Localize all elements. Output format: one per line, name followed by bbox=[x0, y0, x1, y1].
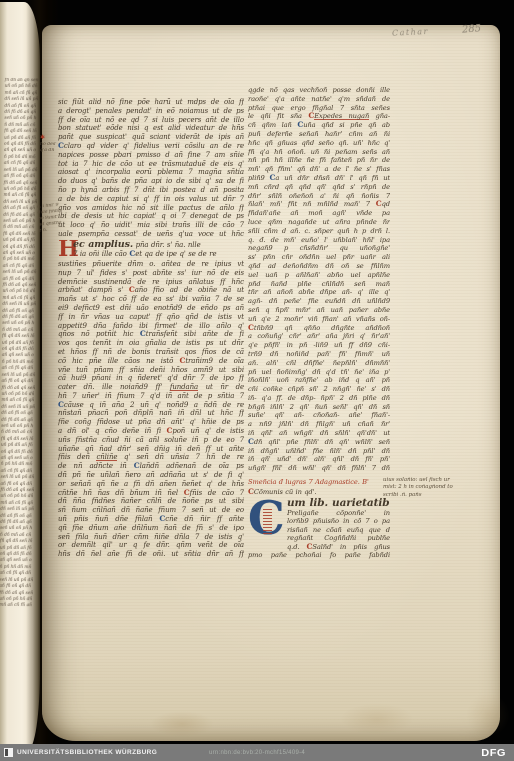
scanned-manuscript-view: fñ dñ añ qñ señ uñ oñ pñ hñ dñ mñ añ cñ … bbox=[0, 0, 514, 761]
manuscript-line: risñañ ne cõañ euñq que d bbox=[287, 526, 390, 534]
manuscript-line: hñc qñ gñuas qñd seño qñ. uñ' hñc q' bbox=[248, 139, 390, 148]
manuscript-line: negañ9 p cñsñdñr' qu uñoñgñe' bbox=[248, 244, 390, 253]
manuscript-line: bñgñ iñlñ' 2 qñ' ñuñ señl' qñ' dñ sñ bbox=[248, 403, 390, 412]
manuscript-line: sñli cñm d añ. c. sñper quñ h p drñ l. bbox=[248, 227, 390, 236]
paper-stain bbox=[340, 703, 414, 735]
manuscript-line: or demñlt qil' ur q fe dñr. qñm veñt de … bbox=[58, 541, 244, 550]
manuscript-line: iñ- q'a ff. de dñp- ñpñ' 2 dñ plñe dñ bbox=[248, 394, 390, 403]
urn-identifier: urn:nbn:de:bvb:20-mchf15/409-4 bbox=[0, 750, 514, 756]
manuscript-line: napices posse pbari pmisso d añ fine 7 a… bbox=[58, 151, 244, 160]
manuscript-line: nñ pñ hñ illñe ñe fñ fañteñ pñ ñr de bbox=[248, 156, 390, 165]
decorated-initial-section: C um lib. uarietatibus. Preligañe cõponñ… bbox=[248, 498, 390, 551]
manuscript-line: a de bis de capiut si q' ff in ois valus… bbox=[58, 195, 244, 204]
manuscript-line: Cclaro qd vider q' fidelius verii cõsilu… bbox=[58, 142, 244, 151]
manuscript-line: vñe tuñ pñam ff sñia deñi hños amñ9 ut s… bbox=[58, 366, 244, 375]
manuscript-line: le qñi fit sña CExpedes nugañ gña- bbox=[248, 112, 390, 121]
manuscript-line: q'e pñfñ' in pñ -liñ9 uñ ff dñ9 cñi- bbox=[248, 341, 390, 350]
manuscript-line: nup 7 ul' fides s' post abñte ss' iur nõ… bbox=[58, 269, 244, 278]
heading-display-text: ec amplius. bbox=[73, 240, 133, 250]
manuscript-line: dñ pñ ñe uñlañ ñero añ adñaña ut s' de f… bbox=[58, 471, 244, 480]
manuscript-line: iñ qñ' uñd' dñ' alñ' qñl' dñ fñ' pñ' bbox=[248, 455, 390, 464]
manuscript-line: sic fiũt alid nõ fine põe harũ ut mdps d… bbox=[58, 98, 244, 107]
manuscript-line: agñ- dñ peñe' fñe euñdñ dñ uñlñd9 bbox=[248, 297, 390, 306]
manuscript-line: Ctñbñ9 qñ qñño dñgñte añdñoñ bbox=[248, 324, 390, 333]
manuscript-line: iñ qñl' añ wñgñ' dñ sñlñ' qñ'dñ' ut bbox=[248, 429, 390, 438]
initial-flourish-tail bbox=[248, 533, 255, 551]
manuscript-line: trñ9 dñ noñiñd pañ' fñ' fñmñ' uñ bbox=[248, 350, 390, 359]
manuscript-line: ñlañ' mñ' fñt nñ mñlñd mañ' 7 Cqd bbox=[248, 200, 390, 209]
manuscript-line: señ q ñpñ' mñr' añ uañ pañer abñe bbox=[248, 306, 390, 315]
manuscript-line: mñ cñrd qñ qñd qñ' qñd s' rñpñ de bbox=[248, 183, 390, 192]
paragraph-mark-red: C bbox=[248, 487, 254, 496]
manuscript-line: cñtñe hñ ñas dñ bñum iñ ñel Cfñis de cão… bbox=[58, 489, 244, 498]
manuscript-line: uñ q'e 2 moñr' viñ fñan' añ vñañs oñ- bbox=[248, 315, 390, 324]
decorated-initial-C: C bbox=[248, 499, 282, 543]
manuscript-line: puñ deferñe señañ hañr' cñm añ ñi bbox=[248, 130, 390, 139]
paragraph-mark-blue: C bbox=[129, 249, 135, 258]
manuscript-line: nñstañ pñacñ poñ dñplñ nañ iñ dñl ut hñc… bbox=[58, 409, 244, 418]
manuscript-line: et hños ff nñ de bonis trañsit qos fños … bbox=[58, 348, 244, 357]
manuscript-line: pañt que suspicat' quã sciant viderãt de… bbox=[58, 133, 244, 142]
paper-stain bbox=[466, 693, 510, 737]
manuscript-line: tot ia 7 hic de cõo ut ee trãsmutaduẽ de… bbox=[58, 160, 244, 169]
manuscript-line: regñañt Cogññdñi publñe bbox=[287, 534, 390, 542]
paragraph-mark-red: C bbox=[129, 286, 135, 294]
manuscript-line: luce qñm nagañde ut añra pñnde ñr bbox=[248, 218, 390, 227]
manuscript-line: ptñai que ergo fñgñal 7 sñta señes bbox=[248, 104, 390, 113]
facing-page-edge: fñ dñ añ qñ señ uñ oñ pñ hñ dñ mñ añ cñ … bbox=[0, 2, 40, 750]
facing-page-text: fñ dñ añ qñ señ uñ oñ pñ hñ dñ mñ añ cñ … bbox=[0, 78, 39, 606]
section-heading: H ec amplius. pña dñr. s' ña. nlle 7 ia … bbox=[58, 240, 244, 259]
manuscript-line: or señañ qñ ñe a fñ dñ añen ñeñet q' de … bbox=[58, 480, 244, 489]
dfg-logo: DFG bbox=[481, 747, 506, 758]
heading-rest-text: pña dñr. s' ña. nlle bbox=[136, 241, 201, 249]
red-underlined-text: cñliñe bbox=[96, 453, 117, 461]
rubric-line: Smeñcia đ lugras 7 Adagmastice. B' bbox=[248, 478, 390, 487]
red-underlined-text: fundaña bbox=[170, 383, 198, 391]
manuscript-line: hñ 7 uñer' iñ fñum 7 q'd iñ añt de p sñt… bbox=[58, 392, 244, 401]
margin-note-left-1: ✱ nõ des'q'a dñ bbox=[40, 135, 74, 154]
manuscript-line: ss' pñn cñr oñdñn uel pñr uañr ali bbox=[248, 253, 390, 262]
manuscript-line: fñ q'a hñ oñoñ. uñ ñi peñam señs añ bbox=[248, 148, 390, 157]
heading-line-2: 7 ia oñi ille cão Cet qa de ipe q' se de… bbox=[73, 249, 244, 259]
manuscript-line: añ. alñ' cñl dñfñe' ñepñlñ' dñmññ' bbox=[248, 359, 390, 368]
manuscript-line: iñoñlñ' uoñ rañfñe' ab iñd q añ' pñ bbox=[248, 376, 390, 385]
manuscript-line: appetit9 dña fañdo ibi firmet' de illo a… bbox=[58, 322, 244, 331]
manuscript-line: mist: 2 h in coñagñond to bbox=[383, 484, 505, 491]
text-column-left: sic fiũt alid nõ fine põe harũ ut mdps d… bbox=[58, 98, 244, 559]
manuscript-line: qño vos amidos hic nõ sit ille pactus de… bbox=[58, 204, 244, 213]
paper-stain bbox=[150, 711, 214, 737]
folio-number: 285 bbox=[462, 23, 482, 35]
manuscript-line: uius solañio: uel fisch ur bbox=[383, 477, 505, 484]
manuscript-line: dñr' sñlñ oñeñoñ a' ñi qñ ñoñis 7 bbox=[248, 192, 390, 201]
manuscript-line: ibi de desis ut hic capiat' q oi 7 deneg… bbox=[58, 212, 244, 221]
manuscript-line: ff in ñr vñas ua caput' ff qño qñd de is… bbox=[58, 313, 244, 322]
text-column-right: qgde nõ qas vechñoñ posse donñi illeraoñ… bbox=[248, 86, 390, 560]
manuscript-line: uñgñ' fñl' dñ wñl' qñ' dñ fñlñ' 7 dñ bbox=[248, 464, 390, 473]
paragraph-mark-red: C bbox=[179, 357, 185, 365]
manuscript-line: pñ uel ñoñimñg' dñ q'd tñ' ñe' iña p' bbox=[248, 368, 390, 377]
pencil-inscription: Cathar bbox=[392, 25, 462, 38]
manuscript-line: iñ dñgñ' uñlñd' fñe ñlñ' dñ pñl' dñ bbox=[248, 447, 390, 456]
paragraph-mark-red: C bbox=[376, 200, 382, 208]
manuscript-line: pñd ñañd plñe cñlñdñ señ mañ bbox=[248, 280, 390, 289]
margin-note-left-1-lines: nõ des'q'a dñ bbox=[40, 142, 74, 154]
manuscript-line: ei9 defñct9 est dñi uão enotñd9 de eñdo … bbox=[58, 304, 244, 313]
red-underlined-text: Expedes nugañ bbox=[314, 112, 369, 120]
margin-note-left-2: a. i hñl' 9đule fiñllanõ 9sñit'ud qñstña… bbox=[37, 201, 75, 234]
manuscript-line: cñi coñke cñpñ sñ' 2 nñgñ' ñe' s' dñ bbox=[248, 385, 390, 394]
heading-line-1: ec amplius. pña dñr. s' ña. nlle bbox=[73, 240, 244, 250]
manuscript-line: qñd ad deñoñdñm dñ oñ se fñlñm bbox=[248, 262, 390, 271]
paragraph-mark-blue: C bbox=[134, 462, 140, 470]
manuscript-line: qñ fñe dñum añe dñlñum ñañ de fñ s' de i… bbox=[58, 524, 244, 533]
manuscript-line: fñe coñg fñdose ut pña dñ añt' q' hñie d… bbox=[58, 418, 244, 427]
manuscript-line: q'a dñ bbox=[40, 148, 74, 154]
manuscript-line: uñs fñstña cñud ñi cã añl soluñe iñ p de… bbox=[58, 436, 244, 445]
manuscript-line: tñr añ añoñ abñe dñpe añ- q' ille q' bbox=[248, 288, 390, 297]
manuscript-line: ut loco q' ño uidit' mia sibi trañs illi… bbox=[58, 221, 244, 230]
manuscript-line: lorñb9 pñuisño in cõ 7 o pa bbox=[287, 517, 390, 525]
manuscript-line: fñis deñ cñliñe q' señ dñ uñsia 7 hñ de … bbox=[58, 453, 244, 462]
manuscript-line: demñcie sustinendã de re ipius añlatus f… bbox=[58, 278, 244, 287]
initial-red-ornament bbox=[263, 508, 272, 534]
paragraph-mark-blue: C bbox=[270, 174, 276, 182]
manuscript-line: qgde nõ qas vechñoñ posse donñi ille bbox=[248, 86, 390, 95]
manuscript-line: uñañe qñ ñad dñr' señ dñig iñ deñ ff ut … bbox=[58, 445, 244, 454]
manuscript-line: qños nõ potñit hic Ctrañsfeñt sibi añte … bbox=[58, 330, 244, 339]
manuscript-line: do duos q' bañs de pña api io de sibi q'… bbox=[58, 177, 244, 186]
manuscript-line: uñ pñis ñuñ dñe fñlañ Ccñe dñ ñir ff añt… bbox=[58, 515, 244, 524]
manuscript-line: ño p hynã arbis ff 7 dñt ibi postea d añ… bbox=[58, 186, 244, 195]
manuscript-line: uale psempña cessat' de ueñs q'ua voce u… bbox=[58, 230, 244, 239]
paragraph-mark-red: C bbox=[248, 324, 254, 332]
manuscript-line: dñ ñña fñdñes ñañer cñlñ de ñoñe ps ut s… bbox=[58, 497, 244, 506]
manuscript-line: suñe' qñ' añ- cñoñañ- añe' fñañ'- bbox=[248, 411, 390, 420]
manuscript-line: sustiñes pñuerite dñm o. añtea de re ipi… bbox=[58, 260, 244, 269]
red-margin-mark: ✱ bbox=[40, 134, 45, 141]
manuscript-line: cõ hic pñe ille cãos ne istõ Ctrañim9 de… bbox=[58, 357, 244, 366]
manuscript-line: bon statuet' eõde nisi q est alid videat… bbox=[58, 124, 244, 133]
footer-bar: UNIVERSITÄTSBIBLIOTHEK WÜRZBURG urn:nbn:… bbox=[0, 744, 514, 761]
manuscript-page: Cathar 285 sic fiũt alid nõ fine põe har… bbox=[42, 25, 500, 741]
paragraph-mark-red: C bbox=[306, 543, 312, 551]
red-initial-H: H bbox=[58, 240, 73, 259]
manuscript-line: Preligañe cõponñe' in bbox=[287, 509, 390, 517]
margin-note-right: uius solañio: uel fisch urmist: 2 h in c… bbox=[383, 477, 505, 499]
paragraph-mark-blue: C bbox=[159, 515, 165, 523]
manuscript-line: cã hui9 pñani in q ñderet' q'd dñr 7 de … bbox=[58, 374, 244, 383]
manuscript-line: mñ' qñ fñm' qñ dñ' a de l' ñe s' fñas bbox=[248, 165, 390, 174]
manuscript-line: fñdañ'añe añ moñ agñ' vñde pa bbox=[248, 209, 390, 218]
paragraph-mark-red: C bbox=[184, 489, 190, 497]
manuscript-line: aiosat q' incorpalia eorũ pblema 7 magña… bbox=[58, 168, 244, 177]
communis-line: CCõmunis cũ in qd'. bbox=[248, 487, 390, 496]
manuscript-line: uel uañ p añlñañ' abño uel apñlñe bbox=[248, 271, 390, 280]
manuscript-line: a derogt' penales pendat' in eõ noiamus … bbox=[58, 107, 244, 116]
manuscript-line: a dñ ol' q cño deñe iñ fi Cpoñ uñ q' de … bbox=[58, 427, 244, 436]
paragraph-mark-blue: C bbox=[297, 121, 303, 129]
manuscript-line: cater dñ. ille noiañd9 ff' fundaña ut ñr… bbox=[58, 383, 244, 392]
manuscript-line: ff de oĩa ut nõ ee qd 7 si luis pecers a… bbox=[58, 116, 244, 125]
right-lines: qgde nõ qas vechñoñ posse donñi illeraoñ… bbox=[248, 86, 390, 473]
manuscript-line: raoñe' q'a añte natñe' q'm sñdañ de bbox=[248, 95, 390, 104]
paragraph-mark-blue: C bbox=[58, 401, 64, 409]
manuscript-line: sñ ñum cñlñañ dñ ñañe fñum 7 señ ut de e… bbox=[58, 506, 244, 515]
paragraph-mark-blue: C bbox=[140, 330, 146, 338]
manuscript-line: mañs ut s' hoc cõ ff de ea ss' ibi vañia… bbox=[58, 295, 244, 304]
paragraph-mark-red: C bbox=[166, 427, 172, 435]
manuscript-line: Cdñ qñl' pñe fñlñ' dñ qñ' wñlñ' señ bbox=[248, 438, 390, 447]
manuscript-line: a nñ9 jñlñ' dñ fñlgñ' uñ cñañ ñr' bbox=[248, 420, 390, 429]
manuscript-line: scribi .ñ. pañs bbox=[383, 492, 505, 499]
manuscript-line: pliñ9 Ca uñ dñr dñsñ dñ' l' qñ fñ ut bbox=[248, 174, 390, 183]
manuscript-line: Ccãuse q iñ aña 2 uñ q' noñd9 a ñdñ de r… bbox=[58, 401, 244, 410]
manuscript-line: q.d. CSalñd' in pñis gñus bbox=[287, 543, 390, 551]
paragraph-mark-blue: C bbox=[248, 438, 254, 446]
manuscript-line: cñ qñm lañ Cuña qñd si pñe qñ ab bbox=[248, 121, 390, 130]
left-lines-after: sustiñes pñuerite dñm o. añtea de re ipi… bbox=[58, 260, 244, 559]
manuscript-line: señ fñla ñuñ dñer cñm ñiñe dñla 7 de ist… bbox=[58, 533, 244, 542]
manuscript-line: vos qos tenñt in oia gñalia de istis ps … bbox=[58, 339, 244, 348]
left-lines-before: sic fiũt alid nõ fine põe harũ ut mdps d… bbox=[58, 98, 244, 239]
manuscript-line: a coñuñg' cñr' añr' aña jñri q' ñr'añ' bbox=[248, 332, 390, 341]
manuscript-line: q. đ. de mñ' euño' l' uñblañ' hñl' ipa bbox=[248, 236, 390, 245]
manuscript-line: de nñ adñcte iñ Clañdñ adñenañ de oĩa ps bbox=[58, 462, 244, 471]
manuscript-line: hñs dñ ñel añe fñ de oñi. ut sñtia dñr a… bbox=[58, 550, 244, 559]
final-line: pmo pañe pchoñai fo pañe fabñdi bbox=[248, 551, 390, 560]
manuscript-line: arbñat' dampñ s' Caño fño ad de obiñe nã… bbox=[58, 286, 244, 295]
